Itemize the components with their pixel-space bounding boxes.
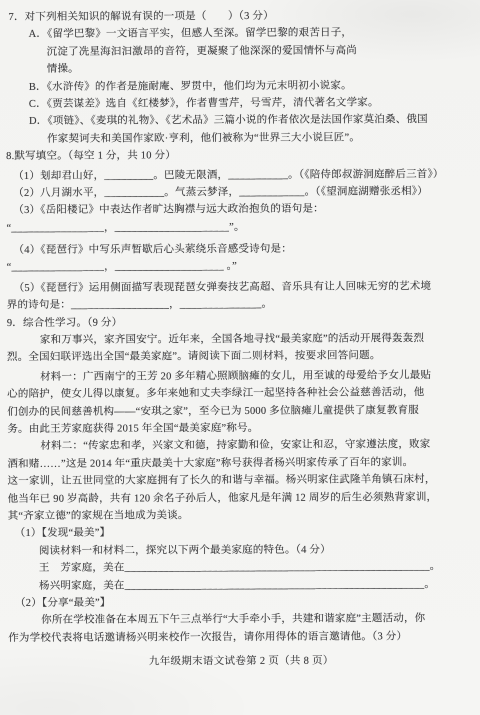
- question-7: 7．对下列相关知识的解说有误的一项是（ ）（3 分） A．《留学巴黎》一文语言平…: [0, 7, 479, 148]
- q7-option-a-1: A．《留学巴黎》一文语言平实，但感人至深。留学巴黎的艰苦日子，: [0, 24, 479, 43]
- q8-blank-3b: “_________________，_____________________…: [0, 218, 479, 237]
- q7-option-a-3: 情操。: [0, 59, 479, 78]
- q9-stem: 9．综合性学习。（9 分）: [0, 313, 480, 332]
- q8-blank-3a: （3）《岳阳楼记》中表达作者旷达胸襟与远大政治抱负的语句是：: [0, 200, 479, 219]
- q9-part2-task-1: 你所在学校准备在本周五下午三点举行“大手牵小手，共建和谐家庭”主题活动，你: [1, 610, 480, 629]
- q9-material1-4: 务。由此王芳家庭获得 2015 年全国“最美家庭”称号。: [0, 419, 480, 438]
- q7-option-d-1: D．《项链》、《麦琪的礼物》、《艺术品》三篇小说的作者依次是法国作家莫泊桑、俄国: [0, 111, 479, 130]
- q9-part1-blank-2: 杨兴明家庭，美在________________________________…: [1, 575, 480, 594]
- page-footer: 九年级期末语文试卷第 2 页（共 8 页）: [1, 652, 480, 671]
- question-8: 8.默写填空。（每空 1 分，共 10 分） （1）刬却君山好，________…: [0, 146, 480, 315]
- q8-blank-5b: 界的诗句是：__________________，_______________…: [0, 295, 480, 314]
- q9-part2-task-2: 作为学校代表将电话邀请杨兴明来校作一次报告，请你用得体的语言邀请他。（3 分）: [1, 628, 480, 647]
- q9-material1-1: 材料一：广西南宁的王芳 20 多年精心照顾脑瘫的女儿，用至诚的母爱给予女儿最贴: [0, 367, 480, 386]
- q9-material1-3: 们创办的民间慈善机构——“安琪之家”，至今已为 5000 多位脑瘫儿童提供了康复…: [0, 402, 480, 421]
- q9-material2-3: 这一家训，让五世同堂的大家庭拥有了长久的和谐与幸福。杨兴明家住武隆羊角镇石床村，: [1, 471, 480, 490]
- q9-part1-task: 阅读材料一和材料二，探究以下两个最美家庭的特色。（4 分）: [1, 541, 480, 560]
- q8-blank-4b: “_________________，____________________ …: [0, 257, 480, 276]
- q8-blank-4a: （4）《琵琶行》中写乐声暂歇后心头萦绕乐音感受诗句是：: [0, 240, 480, 259]
- q9-intro-1: 家和万事兴，家齐国安宁。近年来，全国各地寻找“最美家庭”的活动开展得轰轰烈: [0, 330, 480, 349]
- q9-part2-title: （2）【分享“最美”】: [1, 593, 480, 612]
- q7-stem: 7．对下列相关知识的解说有误的一项是（ ）（3 分）: [0, 7, 479, 26]
- q9-intro-2: 烈。全国妇联评选出全国“最美家庭”。请阅读下面二则材料，按要求回答问题。: [0, 347, 480, 366]
- q9-material2-2: 酒和赌……”这是 2014 年“重庆最美十大家庭”称号获得者杨兴明家传承了百年的…: [0, 454, 480, 473]
- q8-blank-5a: （5）《琵琶行》运用侧面描写表现琵琶女弹奏技艺高超、音乐具有让人回味无穷的艺术境: [0, 278, 480, 297]
- q7-option-a-2: 沉淀了冼星海汩汩激昂的音符，更凝聚了他深深的爱国情怀与高尚: [0, 42, 479, 61]
- q9-material2-4: 他当年已 90 岁高龄，共有 120 余名子孙后人，他家凡是年满 12 周岁的后…: [1, 488, 480, 507]
- q9-material2-5: 其“齐家立德”的家规在当地成为美谈。: [1, 506, 480, 525]
- question-9: 9．综合性学习。（9 分） 家和万事兴，家齐国安宁。近年来，全国各地寻找“最美家…: [0, 313, 480, 648]
- q9-part1-blank-1: 王 芳家庭，美在________________________________…: [1, 558, 480, 577]
- q7-option-d-2: 作家契诃夫和美国作家欧·亨利，他们被称为“世界三大小说巨匠”。: [0, 129, 479, 148]
- q9-material2-1: 材料二：“传家忠和孝，兴家文和德，持家勤和俭，安家让和忍，守家遵法度，败家: [0, 436, 480, 455]
- q8-blank-2: （2）八月湖水平，___________。气蒸云梦泽，____________。…: [0, 183, 479, 202]
- q7-option-b: B．《水浒传》的作者是施耐庵、罗贯中，他们均为元末明初小说家。: [0, 77, 479, 96]
- q8-stem: 8.默写填空。（每空 1 分，共 10 分）: [0, 146, 479, 165]
- q8-blank-1: （1）刬却君山好，_________。巴陵无限酒，___________。（《陪…: [0, 165, 479, 184]
- q9-part1-title: （1）【发现“最美”】: [1, 523, 480, 542]
- q9-material1-2: 心的陪护，使女儿得以康复。多年来她和丈夫李绿江一起坚持各种社会公益慈善活动，他: [0, 384, 480, 403]
- exam-paper-page: 7．对下列相关知识的解说有误的一项是（ ）（3 分） A．《留学巴黎》一文语言平…: [0, 0, 480, 715]
- q7-option-c: C．《贾芸谋差》选自《红楼梦》，作者曹雪芹，号雪芹，清代著名文学家。: [0, 94, 479, 113]
